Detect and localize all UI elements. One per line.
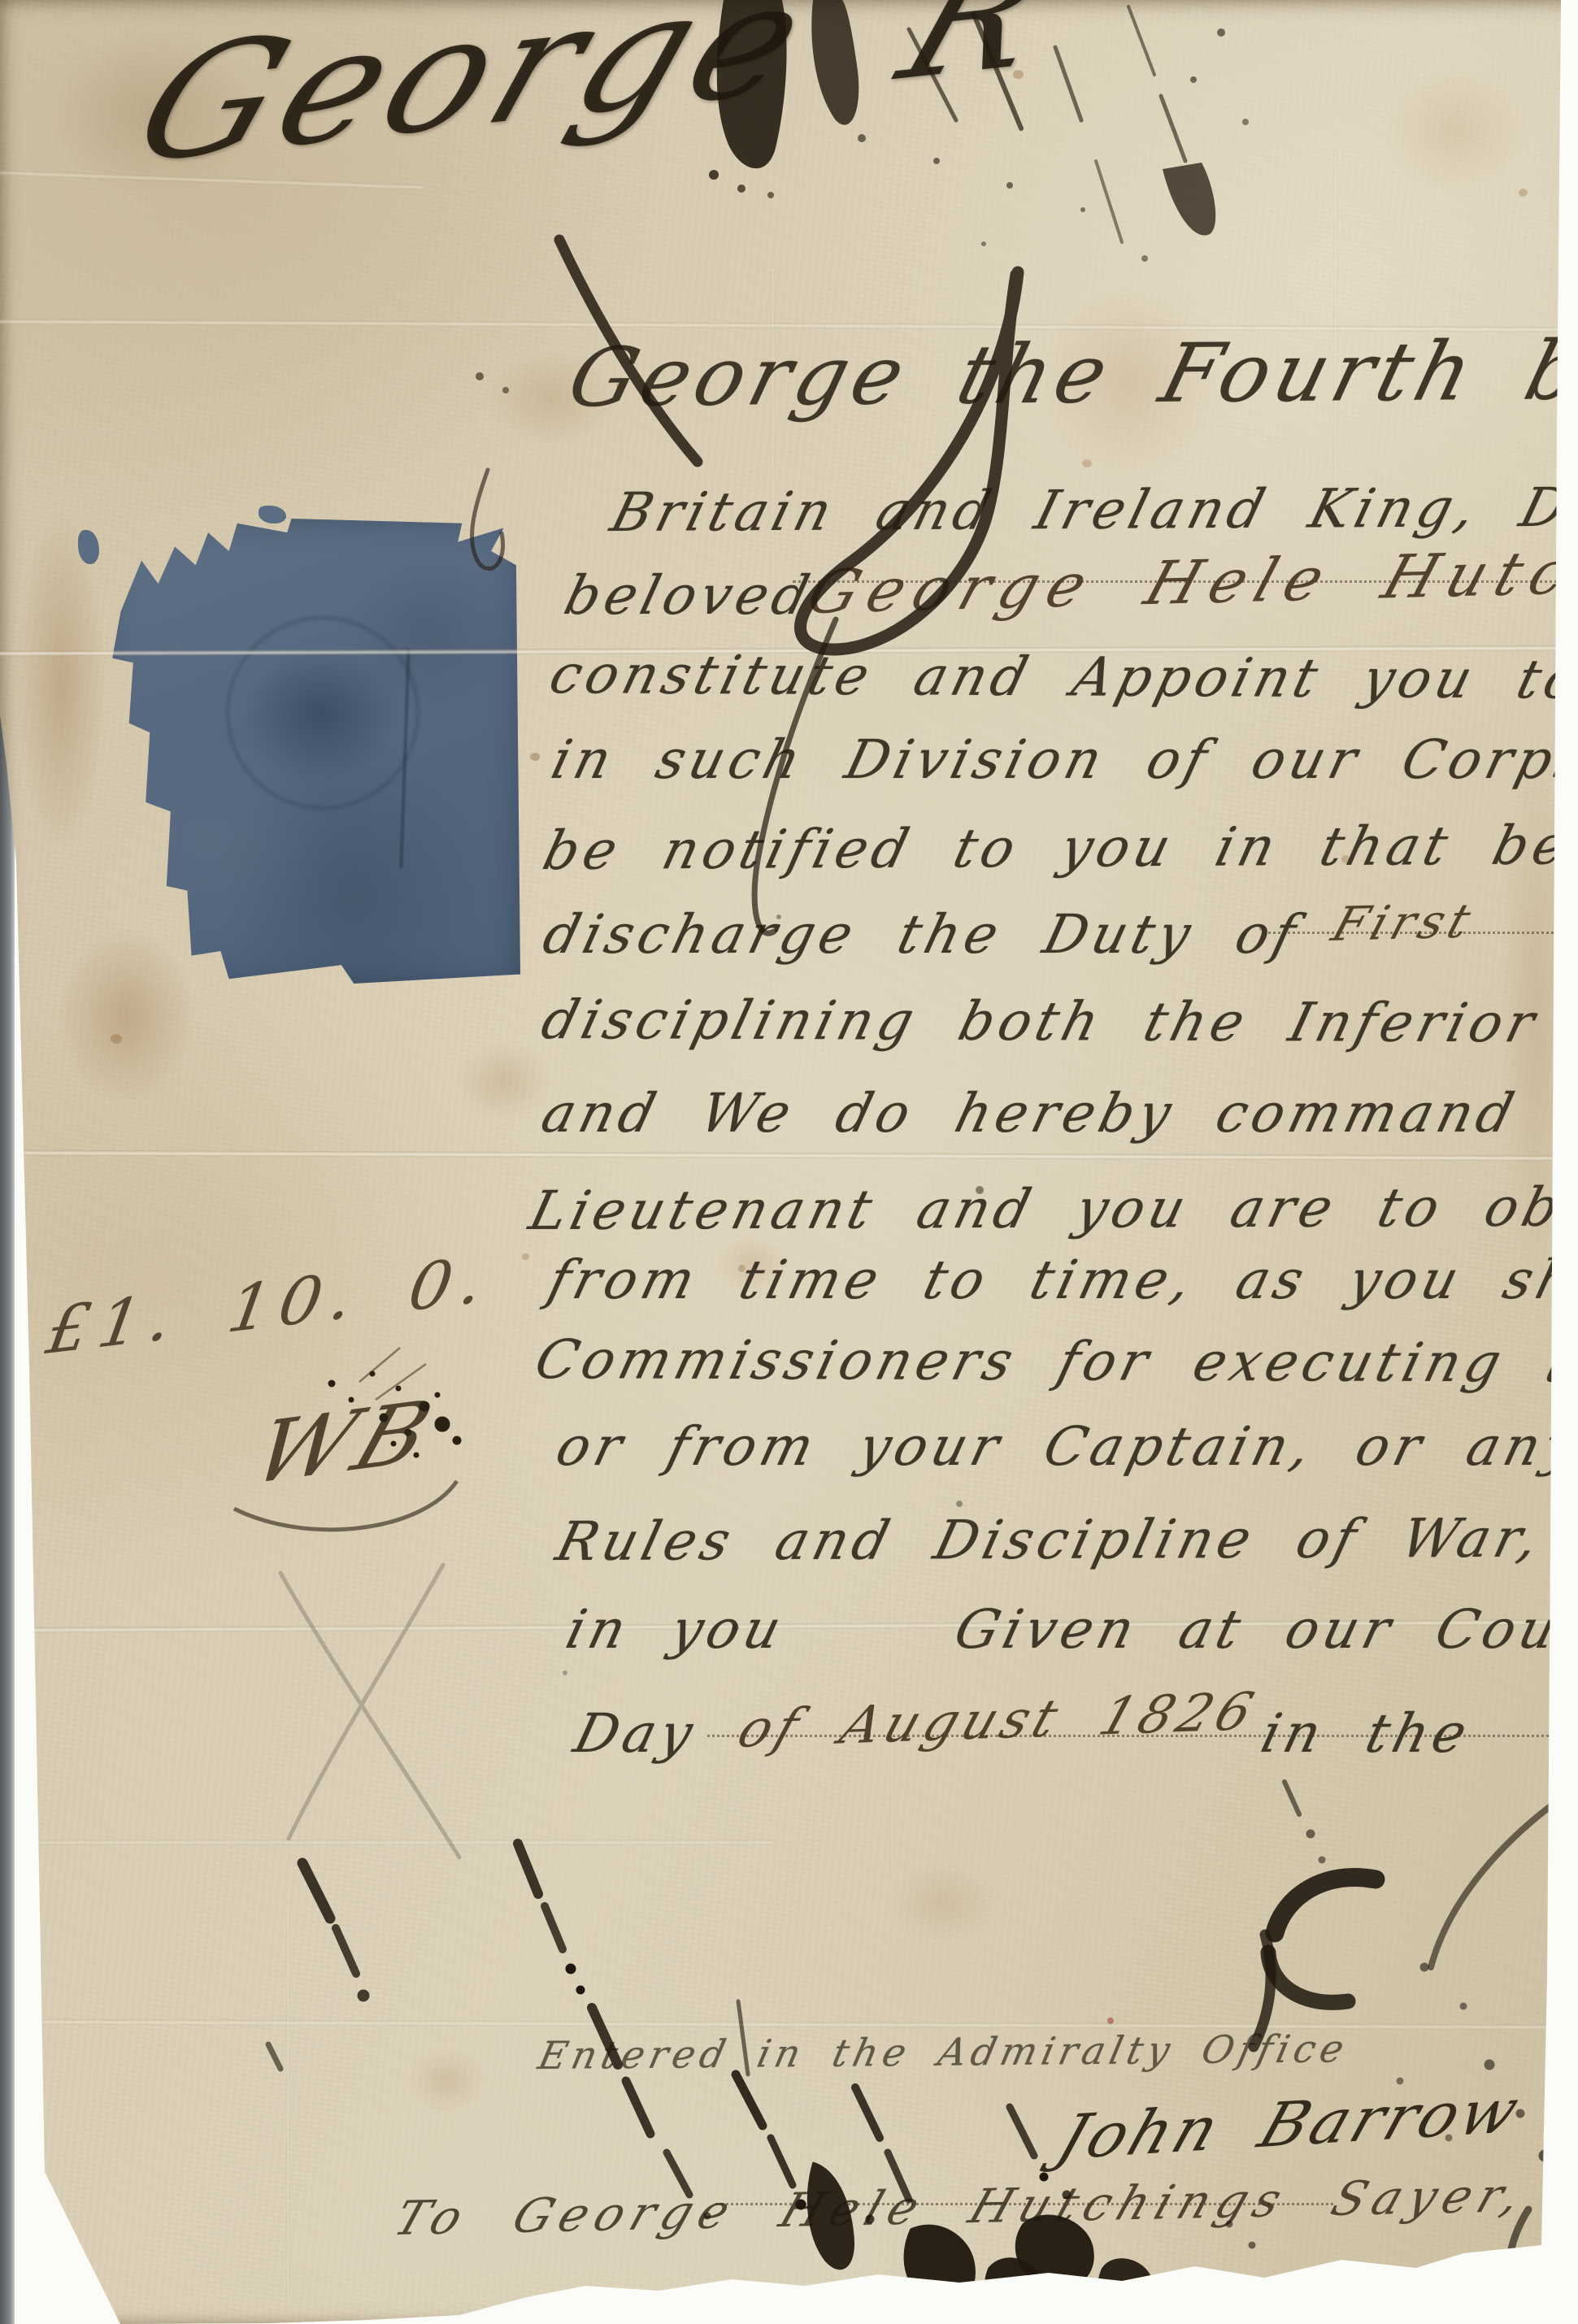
stain [57,927,195,1106]
engraved-line-14: Rules and Discipline of War, in [551,1511,1578,1569]
date-fill-in: of August 1826 [732,1686,1264,1756]
engraved-line-1: George the Fourth by the Grace [561,326,1578,419]
royal-signature: George R [120,0,1072,186]
engraved-line-8: disciplining both the Inferior Off [537,993,1578,1051]
document-paper: George the Fourth by the Grace Britain a… [0,0,1578,2324]
foxing-spot [522,1253,529,1260]
foxing-spot [111,1034,122,1044]
clerk-signature: John Barrow [1050,2080,1529,2169]
engraved-line-2: Britain and Ireland King, De [606,481,1578,540]
bottom-center-ink-blots [518,1844,1255,2322]
engraved-line-5: in such Division of our Corps of [546,733,1578,787]
red-speck [1107,2018,1114,2024]
blue-stamp-patch [104,519,520,984]
engraved-line-7: discharge the Duty of [538,908,1306,962]
engraved-line-12: Commissioners for executing the Of [530,1333,1578,1391]
vertical-crease [286,1894,290,2300]
foxing-spot [530,753,540,761]
scanner-edge-shadow [0,707,15,2324]
engraved-line-13: or from your Captain, or any other [551,1420,1578,1474]
fold-crease [0,1840,772,1845]
engraved-line-15: in you Given at our Court a [561,1603,1578,1657]
engraved-line-10: Lieutenant and you are to observe [524,1180,1578,1238]
engraved-in-the: in the [1256,1707,1476,1761]
stamp-fragment [78,530,99,564]
entered-office-line: Entered in the Admiralty Office [535,2030,1352,2075]
embossed-seal-circle [226,616,419,810]
foxing-spot [1519,189,1528,197]
stain [455,1040,553,1122]
recipient-name-fill-in: George Hele Hutchin [801,540,1578,623]
bottom-left-ink-streaks [268,1863,369,2069]
stain [1382,65,1528,195]
pencil-cross-mark [280,1565,459,1857]
clerk-initials: WB [242,1388,446,1498]
scanned-commission-document: George the Fourth by the Grace Britain a… [0,0,1578,2324]
duty-rank-fill-in: First [1327,897,1481,948]
engraved-line-16: Day [569,1707,702,1761]
stain [886,1861,1000,1943]
address-line: To George Hele Hutchings Sayer, Gent [389,2167,1578,2242]
engraved-line-6: be notified to you in that behalf; Y [538,818,1578,878]
engraved-line-11: from time to time, as you shall rec [543,1253,1578,1307]
fold-crease [0,1150,1578,1162]
engraved-line-9: and We do hereby command them [537,1087,1578,1140]
fee-note: £1. 10. 0. [42,1247,495,1364]
stain [406,2048,488,2113]
stamp-fragment [259,506,286,523]
engraved-line-3: beloved [559,569,819,623]
foxing-spot [1082,459,1092,467]
engraved-line-4: constitute and Appoint you to be [545,648,1578,707]
